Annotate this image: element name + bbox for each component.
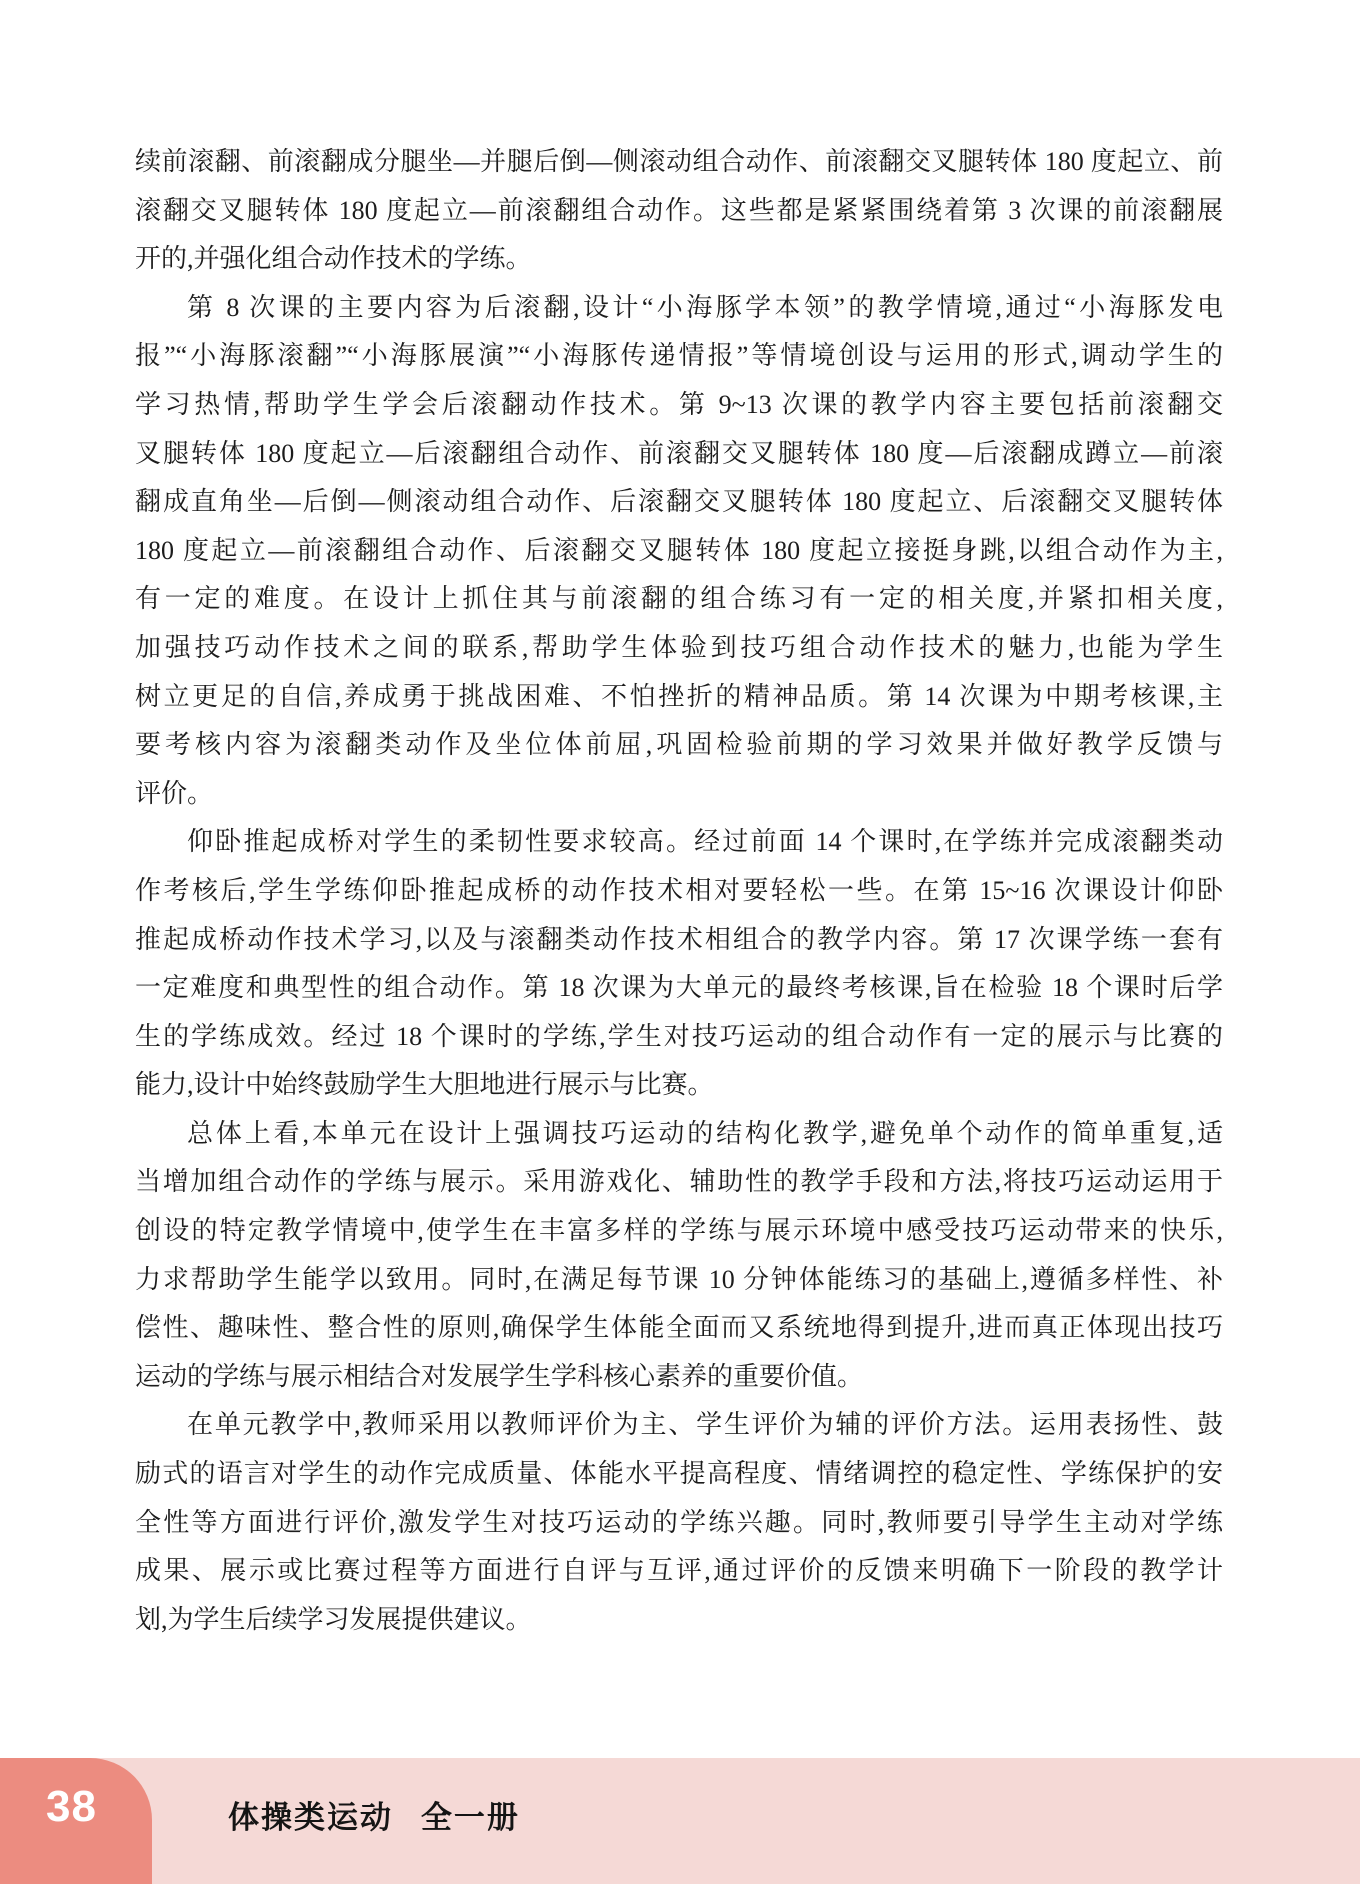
text-line: 总体上看,本单元在设计上强调技巧运动的结构化教学,避免单个动作的简单重复,适 [135,1110,1223,1159]
text-line: 划,为学生后续学习发展提供建议。 [135,1596,1223,1645]
text-line: 评价。 [135,770,1223,819]
text-line: 生的学练成效。经过 18 个课时的学练,学生对技巧运动的组合动作有一定的展示与比… [135,1013,1223,1062]
footer-book-title: 体操类运动全一册 [228,1792,520,1837]
text-line: 励式的语言对学生的动作完成质量、体能水平提高程度、情绪调控的稳定性、学练保护的安 [135,1450,1223,1499]
page-footer: 38 体操类运动全一册 [0,1758,1360,1884]
footer-volume-title: 全一册 [421,1800,520,1835]
text-line: 学习热情,帮助学生学会后滚翻动作技术。第 9~13 次课的教学内容主要包括前滚翻… [135,381,1223,430]
text-line: 要考核内容为滚翻类动作及坐位体前屈,巩固检验前期的学习效果并做好教学反馈与 [135,721,1223,770]
text-line: 在单元教学中,教师采用以教师评价为主、学生评价为辅的评价方法。运用表扬性、鼓 [135,1401,1223,1450]
text-line: 作考核后,学生学练仰卧推起成桥的动作技术相对要轻松一些。在第 15~16 次课设… [135,867,1223,916]
text-line: 第 8 次课的主要内容为后滚翻,设计“小海豚学本领”的教学情境,通过“小海豚发电 [135,284,1223,333]
text-line: 力求帮助学生能学以致用。同时,在满足每节课 10 分钟体能练习的基础上,遵循多样… [135,1256,1223,1305]
text-line: 运动的学练与展示相结合对发展学生学科核心素养的重要价值。 [135,1353,1223,1402]
text-line: 加强技巧动作技术之间的联系,帮助学生体验到技巧组合动作技术的魅力,也能为学生 [135,624,1223,673]
text-line: 有一定的难度。在设计上抓住其与前滚翻的组合练习有一定的相关度,并紧扣相关度, [135,575,1223,624]
document-page: 续前滚翻、前滚翻成分腿坐—并腿后倒—侧滚动组合动作、前滚翻交叉腿转体 180 度… [0,0,1360,1884]
page-number-badge: 38 [0,1758,152,1884]
text-line: 开的,并强化组合动作技术的学练。 [135,235,1223,284]
text-line: 当增加组合动作的学练与展示。采用游戏化、辅助性的教学手段和方法,将技巧运动运用于 [135,1158,1223,1207]
text-line: 能力,设计中始终鼓励学生大胆地进行展示与比赛。 [135,1061,1223,1110]
text-line: 成果、展示或比赛过程等方面进行自评与互评,通过评价的反馈来明确下一阶段的教学计 [135,1547,1223,1596]
text-line: 续前滚翻、前滚翻成分腿坐—并腿后倒—侧滚动组合动作、前滚翻交叉腿转体 180 度… [135,138,1223,187]
text-line: 180 度起立—前滚翻组合动作、后滚翻交叉腿转体 180 度起立接挺身跳,以组合… [135,527,1223,576]
footer-section-title: 体操类运动 [228,1800,393,1835]
text-line: 创设的特定教学情境中,使学生在丰富多样的学练与展示环境中感受技巧运动带来的快乐, [135,1207,1223,1256]
text-line: 仰卧推起成桥对学生的柔韧性要求较高。经过前面 14 个课时,在学练并完成滚翻类动 [135,818,1223,867]
body-text: 续前滚翻、前滚翻成分腿坐—并腿后倒—侧滚动组合动作、前滚翻交叉腿转体 180 度… [135,138,1223,1644]
text-line: 推起成桥动作技术学习,以及与滚翻类动作技术相组合的教学内容。第 17 次课学练一… [135,916,1223,965]
text-line: 一定难度和典型性的组合动作。第 18 次课为大单元的最终考核课,旨在检验 18 … [135,964,1223,1013]
text-line: 报”“小海豚滚翻”“小海豚展演”“小海豚传递情报”等情境创设与运用的形式,调动学… [135,332,1223,381]
page-number: 38 [46,1782,97,1832]
text-line: 树立更足的自信,养成勇于挑战困难、不怕挫折的精神品质。第 14 次课为中期考核课… [135,673,1223,722]
text-line: 翻成直角坐—后倒—侧滚动组合动作、后滚翻交叉腿转体 180 度起立、后滚翻交叉腿… [135,478,1223,527]
text-line: 全性等方面进行评价,激发学生对技巧运动的学练兴趣。同时,教师要引导学生主动对学练 [135,1499,1223,1548]
text-line: 偿性、趣味性、整合性的原则,确保学生体能全面而又系统地得到提升,进而真正体现出技… [135,1304,1223,1353]
text-line: 叉腿转体 180 度起立—后滚翻组合动作、前滚翻交叉腿转体 180 度—后滚翻成… [135,430,1223,479]
text-line: 滚翻交叉腿转体 180 度起立—前滚翻组合动作。这些都是紧紧围绕着第 3 次课的… [135,187,1223,236]
